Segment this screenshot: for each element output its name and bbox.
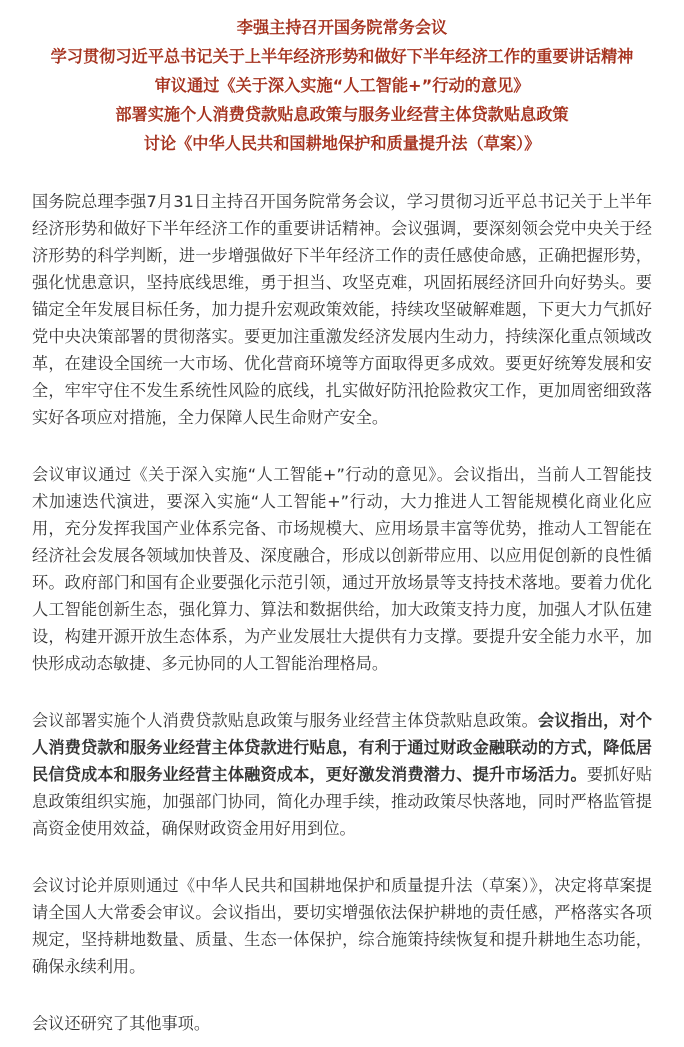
paragraph-2-text: 会议审议通过《关于深入实施“人工智能+”行动的意见》。会议指出，当前人工智能技术…	[32, 465, 652, 673]
paragraph-2: 会议审议通过《关于深入实施“人工智能+”行动的意见》。会议指出，当前人工智能技术…	[32, 461, 652, 677]
paragraph-4: 会议讨论并原则通过《中华人民共和国耕地保护和质量提升法（草案）》，决定将草案提请…	[32, 872, 652, 980]
title-line-5: 讨论《中华人民共和国耕地保护和质量提升法（草案）》	[32, 129, 652, 158]
title-line-1: 李强主持召开国务院常务会议	[32, 13, 652, 42]
article-title: 李强主持召开国务院常务会议 学习贯彻习近平总书记关于上半年经济形势和做好下半年经…	[32, 13, 652, 158]
paragraph-3: 会议部署实施个人消费贷款贴息政策与服务业经营主体贷款贴息政策。会议指出，对个人消…	[32, 707, 652, 842]
article-page: 李强主持召开国务院常务会议 学习贯彻习近平总书记关于上半年经济形势和做好下半年经…	[0, 0, 684, 1047]
paragraph-1: 国务院总理李强7月31日主持召开国务院常务会议，学习贯彻习近平总书记关于上半年经…	[32, 188, 652, 431]
paragraph-3-text-lead: 会议部署实施个人消费贷款贴息政策与服务业经营主体贷款贴息政策。	[32, 711, 538, 730]
title-line-2: 学习贯彻习近平总书记关于上半年经济形势和做好下半年经济工作的重要讲话精神	[32, 42, 652, 71]
paragraph-4-text: 会议讨论并原则通过《中华人民共和国耕地保护和质量提升法（草案）》，决定将草案提请…	[32, 876, 652, 976]
paragraph-1-text: 国务院总理李强7月31日主持召开国务院常务会议，学习贯彻习近平总书记关于上半年经…	[32, 192, 652, 427]
title-line-4: 部署实施个人消费贷款贴息政策与服务业经营主体贷款贴息政策	[32, 100, 652, 129]
paragraph-5: 会议还研究了其他事项。	[32, 1010, 652, 1037]
paragraph-5-text: 会议还研究了其他事项。	[32, 1014, 210, 1033]
title-line-3: 审议通过《关于深入实施“人工智能+”行动的意见》	[32, 71, 652, 100]
